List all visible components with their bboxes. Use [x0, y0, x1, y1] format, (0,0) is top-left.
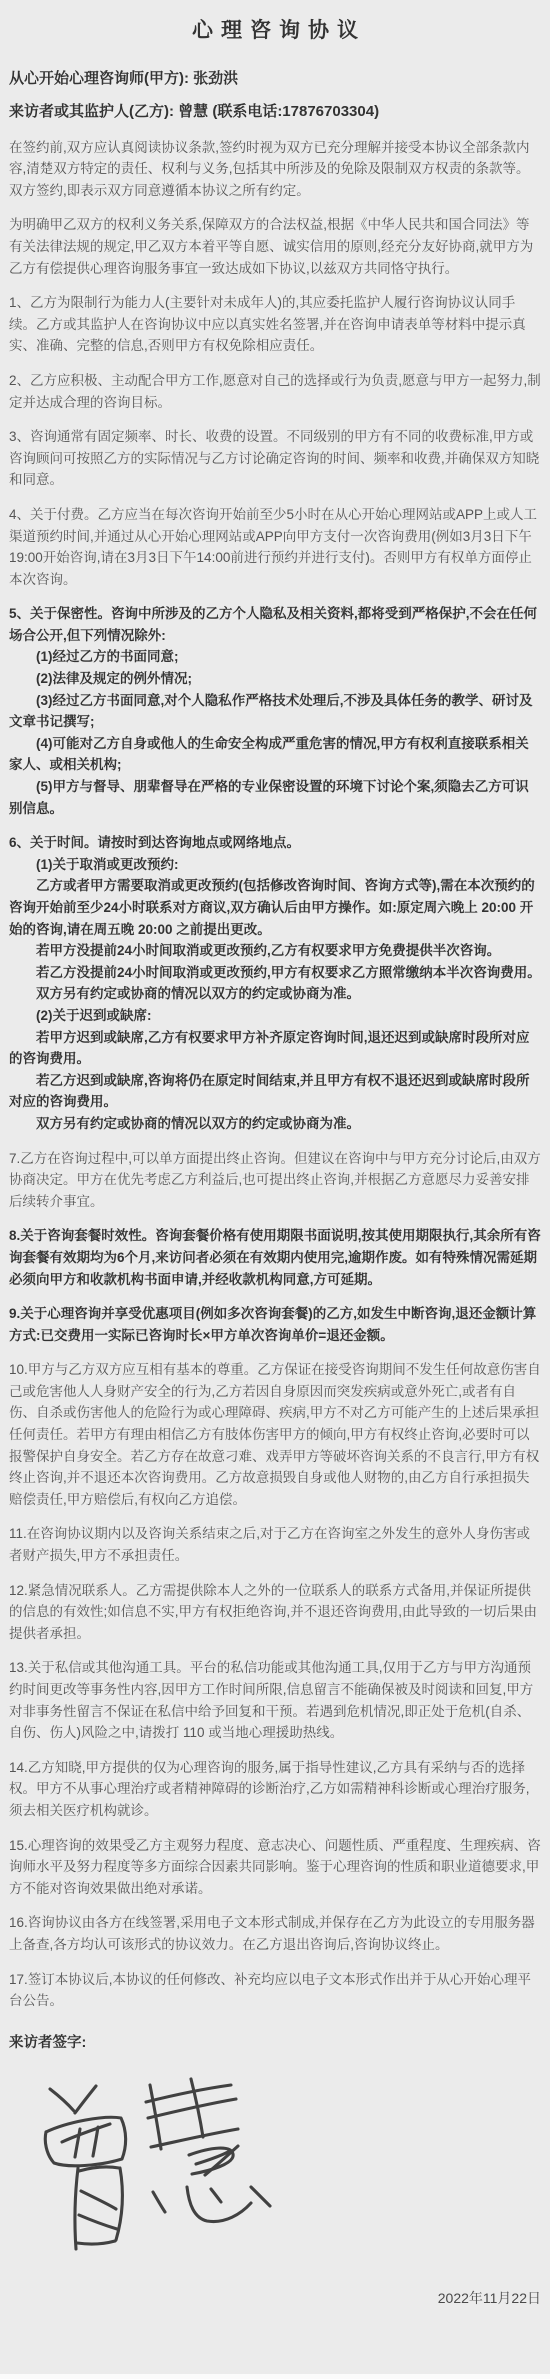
agreement-paragraph: 16.咨询协议由各方在线签署,采用电子文本形式制成,并保存在乙方为此设立的专用服… — [9, 1912, 541, 1955]
agreement-paragraph: 2、乙方应积极、主动配合甲方工作,愿意对自己的选择或行为负责,愿意与甲方一起努力… — [9, 370, 541, 413]
visitor-signature-drawing — [17, 2061, 297, 2261]
agreement-paragraphs: 在签约前,双方应认真阅读协议条款,签约时视为双方已充分理解并接受本协议全部条款内… — [9, 137, 541, 2012]
agreement-paragraph: 1、乙方为限制行为能力人(主要针对未成年人)的,其应委托监护人履行咨询协议认同手… — [9, 292, 541, 357]
page-bottom-edge — [0, 2374, 550, 2379]
agreement-paragraph: 若乙方没提前24小时间取消或更改预约,甲方有权要求乙方照常缴纳本半次咨询费用。 — [9, 962, 541, 984]
agreement-paragraph: 12.紧急情况联系人。乙方需提供除本人之外的一位联系人的联系方式备用,并保证所提… — [9, 1580, 541, 1645]
agreement-paragraph: 15.心理咨询的效果受乙方主观努力程度、意志决心、问题性质、严重程度、生理疾病、… — [9, 1835, 541, 1900]
agreement-paragraph: 14.乙方知晓,甲方提供的仅为心理咨询的服务,属于指导性建议,乙方具有采纳与否的… — [9, 1757, 541, 1822]
agreement-paragraph: 若甲方迟到或缺席,乙方有权要求甲方补齐原定咨询时间,退还迟到或缺席时段所对应的咨… — [9, 1027, 541, 1070]
agreement-paragraph: 若乙方迟到或缺席,咨询将仍在原定时间结束,并且甲方有权不退还迟到或缺席时段所对应… — [9, 1070, 541, 1113]
agreement-paragraph: (1)关于取消或更改预约: — [9, 854, 541, 876]
agreement-paragraph: 双方另有约定或协商的情况以双方的约定或协商为准。 — [9, 983, 541, 1005]
agreement-paragraph: (4)可能对乙方自身或他人的生命安全构成严重危害的情况,甲方有权利直接联系相关家… — [9, 733, 541, 776]
agreement-paragraph: 3、咨询通常有固定频率、时长、收费的设置。不同级别的甲方有不同的收费标准,甲方或… — [9, 426, 541, 491]
agreement-paragraph: 8.关于咨询套餐时效性。咨询套餐价格有使用期限书面说明,按其使用期限执行,其余所… — [9, 1225, 541, 1290]
party-a-line: 从心开始心理咨询师(甲方): 张劲洪 — [9, 68, 541, 91]
agreement-paragraph: 7.乙方在咨询过程中,可以单方面提出终止咨询。但建议在咨询中与甲方充分讨论后,由… — [9, 1148, 541, 1213]
visitor-signature-label: 来访者签字: — [9, 2032, 541, 2055]
agreement-paragraph: 为明确甲乙双方的权利义务关系,保障双方的合法权益,根据《中华人民共和国合同法》等… — [9, 214, 541, 279]
agreement-page: 心理咨询协议 从心开始心理咨询师(甲方): 张劲洪 来访者或其监护人(乙方): … — [0, 0, 550, 2379]
party-b-line: 来访者或其监护人(乙方): 曾慧 (联系电话:17876703304) — [9, 101, 541, 124]
agreement-paragraph: (3)经过乙方书面同意,对个人隐私作严格技术处理后,不涉及具体任务的教学、研讨及… — [9, 690, 541, 733]
agreement-paragraph: 在签约前,双方应认真阅读协议条款,签约时视为双方已充分理解并接受本协议全部条款内… — [9, 137, 541, 202]
agreement-paragraph: (1)经过乙方的书面同意; — [9, 646, 541, 668]
agreement-paragraph: (5)甲方与督导、朋辈督导在严格的专业保密设置的环境下讨论个案,须隐去乙方可识别… — [9, 776, 541, 819]
agreement-paragraph: 若甲方没提前24小时间取消或更改预约,乙方有权要求甲方免费提供半次咨询。 — [9, 940, 541, 962]
agreement-paragraph: 11.在咨询协议期内以及咨询关系结束之后,对于乙方在咨询室之外发生的意外人身伤害… — [9, 1523, 541, 1566]
agreement-paragraph: 10.甲方与乙方双方应互相有基本的尊重。乙方保证在接受咨询期间不发生任何故意伤害… — [9, 1359, 541, 1510]
agreement-paragraph: 6、关于时间。请按时到达咨询地点或网络地点。 — [9, 832, 541, 854]
agreement-paragraph: 乙方或者甲方需要取消或更改预约(包括修改咨询时间、咨询方式等),需在本次预约的咨… — [9, 875, 541, 940]
agreement-paragraph: 13.关于私信或其他沟通工具。平台的私信功能或其他沟通工具,仅用于乙方与甲方沟通… — [9, 1657, 541, 1743]
page-title: 心理咨询协议 — [9, 14, 541, 48]
agreement-paragraph: 4、关于付费。乙方应当在每次咨询开始前至少5小时在从心开始心理网站或APP上或人… — [9, 504, 541, 590]
signature-date: 2022年11月22日 — [9, 2287, 541, 2309]
agreement-paragraph: 5、关于保密性。咨询中所涉及的乙方个人隐私及相关资料,都将受到严格保护,不会在任… — [9, 603, 541, 646]
agreement-paragraph: (2)法律及规定的例外情况; — [9, 668, 541, 690]
agreement-paragraph: 17.签订本协议后,本协议的任何修改、补充均应以电子文本形式作出并于从心开始心理… — [9, 1969, 541, 2012]
agreement-paragraph: 9.关于心理咨询并享受优惠项目(例如多次咨询套餐)的乙方,如发生中断咨询,退还金… — [9, 1303, 541, 1346]
agreement-paragraph: (2)关于迟到或缺席: — [9, 1005, 541, 1027]
agreement-paragraph: 双方另有约定或协商的情况以双方的约定或协商为准。 — [9, 1113, 541, 1135]
